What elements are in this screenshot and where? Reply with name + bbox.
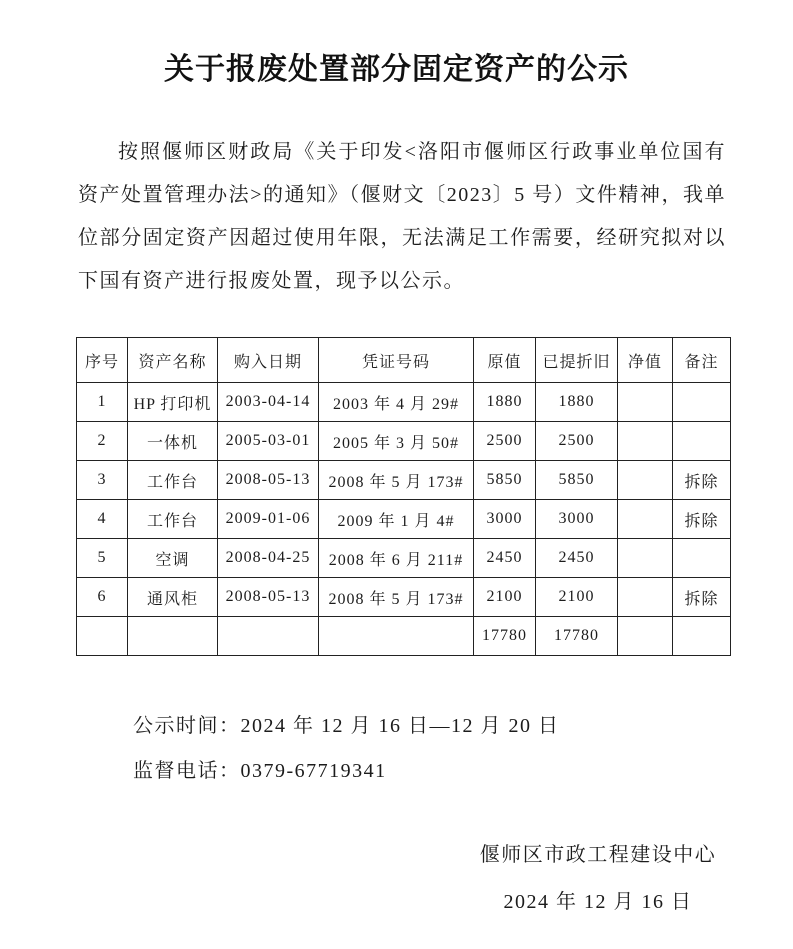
table-cell: [218, 617, 319, 656]
table-cell: 2100: [474, 578, 536, 617]
document-title: 关于报废处置部分固定资产的公示: [0, 44, 793, 88]
table-cell: 1880: [474, 383, 536, 422]
table-cell: 2005-03-01: [218, 422, 319, 461]
table-cell: [319, 617, 474, 656]
table-cell: 2008-05-13: [218, 578, 319, 617]
table-cell: 2450: [474, 539, 536, 578]
table-cell: [673, 539, 731, 578]
table-cell: 2450: [536, 539, 618, 578]
table-cell: 工作台: [128, 500, 218, 539]
table-cell: 3000: [474, 500, 536, 539]
table-cell: 3000: [536, 500, 618, 539]
table-cell: 4: [77, 500, 128, 539]
table-cell: 2009 年 1 月 4#: [319, 500, 474, 539]
table-cell: 通风柜: [128, 578, 218, 617]
table-cell: 17780: [474, 617, 536, 656]
table-cell: 5: [77, 539, 128, 578]
assets-table: 序号资产名称购入日期凭证号码原值已提折旧净值备注 1HP 打印机2003-04-…: [76, 337, 731, 656]
table-cell: 2008 年 6 月 211#: [319, 539, 474, 578]
supervision-phone: 监督电话：0379-67719341: [133, 757, 387, 785]
table-row: 2一体机2005-03-012005 年 3 月 50#25002500: [77, 422, 731, 461]
body-paragraph: 按照偃师区财政局《关于印发<洛阳市偃师区行政事业单位国有资产处置管理办法>的通知…: [78, 131, 726, 303]
table-cell: [618, 539, 673, 578]
table-cell: [618, 422, 673, 461]
table-cell: [618, 461, 673, 500]
table-header-cell: 购入日期: [218, 338, 319, 383]
table-header-cell: 序号: [77, 338, 128, 383]
table-cell: 2008-04-25: [218, 539, 319, 578]
table-cell: 17780: [536, 617, 618, 656]
signature-date: 2024 年 12 月 16 日: [438, 885, 758, 914]
table-cell: 拆除: [673, 500, 731, 539]
table-cell: 空调: [128, 539, 218, 578]
table-row: 3工作台2008-05-132008 年 5 月 173#58505850拆除: [77, 461, 731, 500]
table-row: 1HP 打印机2003-04-142003 年 4 月 29#18801880: [77, 383, 731, 422]
table-cell: [673, 422, 731, 461]
table-cell: 一体机: [128, 422, 218, 461]
table-cell: 5850: [536, 461, 618, 500]
notice-document: 关于报废处置部分固定资产的公示 按照偃师区财政局《关于印发<洛阳市偃师区行政事业…: [0, 0, 793, 949]
table-cell: [77, 617, 128, 656]
table-cell: [618, 617, 673, 656]
table-row: 4工作台2009-01-062009 年 1 月 4#30003000拆除: [77, 500, 731, 539]
table-cell: 2003 年 4 月 29#: [319, 383, 474, 422]
table-header-cell: 资产名称: [128, 338, 218, 383]
table-cell: 工作台: [128, 461, 218, 500]
table-cell: 5850: [474, 461, 536, 500]
table-cell: [673, 383, 731, 422]
table-cell: 3: [77, 461, 128, 500]
table-header-cell: 已提折旧: [536, 338, 618, 383]
table-row: 5空调2008-04-252008 年 6 月 211#24502450: [77, 539, 731, 578]
table-cell: 2008 年 5 月 173#: [319, 461, 474, 500]
table-cell: 2500: [474, 422, 536, 461]
table-cell: 2003-04-14: [218, 383, 319, 422]
table-body: 1HP 打印机2003-04-142003 年 4 月 29#188018802…: [77, 383, 731, 656]
table-cell: 2500: [536, 422, 618, 461]
table-header-cell: 原值: [474, 338, 536, 383]
table-cell: 2005 年 3 月 50#: [319, 422, 474, 461]
table-cell: 1: [77, 383, 128, 422]
table-cell: [618, 578, 673, 617]
table-header-cell: 净值: [618, 338, 673, 383]
table-cell: [673, 617, 731, 656]
table-cell: 2008-05-13: [218, 461, 319, 500]
table-cell: [128, 617, 218, 656]
table-row: 6通风柜2008-05-132008 年 5 月 173#21002100拆除: [77, 578, 731, 617]
signature-org: 偃师区市政工程建设中心: [438, 838, 758, 867]
table-header-cell: 凭证号码: [319, 338, 474, 383]
table-row: 1778017780: [77, 617, 731, 656]
table-cell: [618, 500, 673, 539]
table-header-cell: 备注: [673, 338, 731, 383]
table-cell: 2100: [536, 578, 618, 617]
table-cell: 2: [77, 422, 128, 461]
table-cell: 1880: [536, 383, 618, 422]
table-cell: [618, 383, 673, 422]
table-cell: 6: [77, 578, 128, 617]
table-cell: 拆除: [673, 461, 731, 500]
table-cell: 2008 年 5 月 173#: [319, 578, 474, 617]
table-header-row: 序号资产名称购入日期凭证号码原值已提折旧净值备注: [77, 338, 731, 383]
notice-period: 公示时间：2024 年 12 月 16 日—12 月 20 日: [133, 712, 560, 740]
table-cell: 2009-01-06: [218, 500, 319, 539]
table-cell: HP 打印机: [128, 383, 218, 422]
table-cell: 拆除: [673, 578, 731, 617]
